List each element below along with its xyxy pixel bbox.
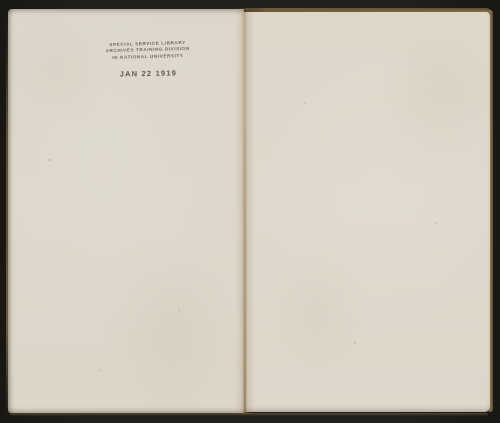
right-page [244, 12, 490, 412]
paper-speck [98, 369, 101, 371]
paper-speck [354, 342, 356, 344]
book-gutter-crease [235, 8, 255, 414]
paper-speck [48, 159, 51, 161]
paper-speck [178, 309, 180, 311]
book-spread: SPECIAL SERVICE LIBRARY ARCHIVES TRAININ… [8, 8, 490, 414]
stamp-date: JAN 22 1919 [88, 68, 208, 79]
paper-speck [304, 102, 306, 104]
paper-speck [434, 222, 437, 224]
library-stamp: SPECIAL SERVICE LIBRARY ARCHIVES TRAININ… [88, 39, 209, 80]
left-page: SPECIAL SERVICE LIBRARY ARCHIVES TRAININ… [8, 9, 244, 413]
